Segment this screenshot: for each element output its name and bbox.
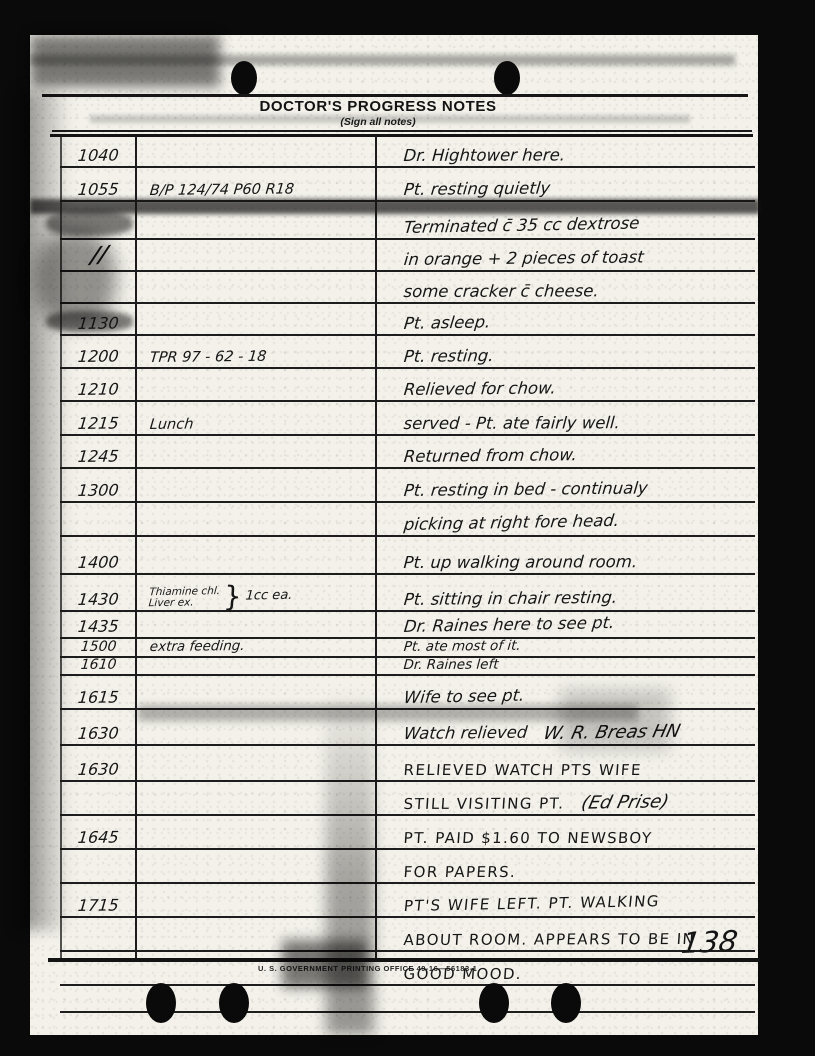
time-value: 1200 (77, 347, 120, 366)
time-value: 1210 (77, 380, 120, 399)
vitals-cell (135, 502, 389, 535)
time-value: 1300 (77, 481, 120, 500)
note-text: PT'S WIFE LEFT. PT. WALKING (403, 892, 661, 915)
notes-column-divider (375, 136, 377, 958)
note-text: picking at right fore head. (403, 511, 620, 534)
table-row: 1300Pt. resting in bed - continualy (60, 469, 755, 503)
time-value: 1615 (77, 688, 120, 707)
time-value: 1715 (77, 896, 120, 915)
table-row: 1055B/P 124/74 P60 R18Pt. resting quietl… (60, 168, 755, 202)
note-text: Returned from chow. (403, 445, 578, 466)
medication-names: Thiamine chl.Liver ex. (148, 585, 220, 608)
vitals-cell (135, 536, 389, 573)
note-cell: Returned from chow. (389, 435, 755, 467)
vitals-value: Lunch (149, 417, 194, 433)
table-row: 1400Pt. up walking around room. (60, 537, 755, 575)
time-cell: 1210 (60, 368, 135, 400)
time-cell: 1430 (60, 574, 135, 610)
time-cell (60, 781, 135, 814)
progress-notes-page: DOCTOR'S PROGRESS NOTES (Sign all notes)… (30, 35, 758, 1035)
time-value: 1430 (77, 590, 120, 609)
time-value: 1215 (77, 414, 120, 433)
vitals-value: extra feeding. (149, 638, 245, 655)
vitals-cell (135, 368, 389, 400)
scan-streak-top (30, 55, 735, 65)
dose-note: 1cc ea. (245, 588, 293, 604)
note-cell: Pt. resting. (389, 335, 755, 367)
note-text: Pt. ate most of it. (403, 638, 521, 655)
time-value: 1400 (77, 553, 120, 572)
time-value: 1245 (77, 447, 120, 466)
note-cell: Dr. Raines here to see pt. (389, 611, 755, 637)
table-row: 1130Pt. asleep. (60, 304, 755, 336)
note-cell: Dr. Hightower here. (389, 135, 755, 166)
table-row: 1615Wife to see pt. (60, 676, 755, 710)
time-value: 1055 (77, 180, 120, 199)
gpo-print-line: U. S. GOVERNMENT PRINTING OFFICE 49-16—5… (258, 964, 477, 973)
note-cell: picking at right fore head. (389, 502, 755, 535)
time-cell (60, 985, 135, 1011)
note-cell: some cracker c̄ cheese. (389, 271, 755, 302)
table-row: //in orange + 2 pieces of toast (60, 240, 755, 272)
table-row: ABOUT ROOM. APPEARS TO BE IN (60, 918, 755, 952)
note-text: Pt. resting quietly (403, 178, 551, 199)
time-cell: 1630 (60, 709, 135, 744)
table-row: picking at right fore head. (60, 503, 755, 537)
note-cell: PT'S WIFE LEFT. PT. WALKING (389, 883, 755, 916)
vitals-cell: B/P 124/74 P60 R18 (135, 167, 389, 200)
table-row: 1715PT'S WIFE LEFT. PT. WALKING (60, 884, 755, 918)
form-header: DOCTOR'S PROGRESS NOTES (Sign all notes) (30, 98, 758, 128)
table-row: 1430Thiamine chl.Liver ex.}1cc ea.Pt. si… (60, 575, 755, 612)
time-value: 1610 (80, 657, 117, 673)
vitals-cell: TPR 97 - 62 - 18 (135, 335, 389, 367)
punch-hole (146, 983, 176, 1023)
note-text: Terminated c̄ 35 cc dextrose (403, 213, 640, 237)
vitals-cell (135, 815, 389, 848)
medication-line: Liver ex. (148, 596, 220, 608)
note-text: Pt. resting in bed - continualy (403, 478, 649, 500)
vitals-cell (135, 201, 389, 238)
vitals-cell (135, 849, 389, 882)
time-cell: 1040 (60, 135, 135, 166)
page-number: 138 (679, 924, 739, 960)
note-text: Pt. resting. (403, 346, 495, 366)
note-cell: STILL VISITING PT.(Ed Prise) (389, 781, 755, 814)
vitals-cell (135, 781, 389, 814)
table-row: 1040Dr. Hightower here. (60, 136, 755, 168)
time-cell: 1630 (60, 745, 135, 780)
time-cell (60, 201, 135, 238)
vitals-cell (135, 709, 389, 744)
note-cell: served - Pt. ate fairly well. (389, 401, 755, 434)
time-cell: 1200 (60, 335, 135, 367)
note-cell: Pt. resting quietly (389, 167, 755, 200)
punch-hole (479, 983, 509, 1023)
note-cell: Watch relievedW. R. Breas HN (389, 709, 755, 744)
ditto-mark: // (89, 242, 110, 269)
note-cell: Relieved for chow. (389, 368, 755, 400)
vitals-cell (135, 271, 389, 302)
time-cell: 1715 (60, 883, 135, 916)
table-row: STILL VISITING PT.(Ed Prise) (60, 782, 755, 816)
vitals-cell (135, 917, 389, 950)
vitals-cell (135, 135, 389, 166)
brace-glyph: } (223, 583, 243, 608)
table-row: 1645PT. PAID $1.60 TO NEWSBOY (60, 816, 755, 850)
note-text: some cracker c̄ cheese. (403, 281, 599, 301)
time-cell (60, 502, 135, 535)
punch-hole (231, 61, 257, 95)
time-cell (60, 849, 135, 882)
time-cell (60, 951, 135, 984)
note-text: Relieved for chow. (403, 378, 557, 399)
time-value: 1645 (77, 828, 120, 847)
time-cell: 1610 (60, 657, 135, 674)
time-cell: 1055 (60, 167, 135, 200)
header-rule-thin (52, 130, 752, 132)
note-text: Pt. sitting in chair resting. (403, 588, 618, 609)
note-text: Dr. Raines here to see pt. (403, 613, 615, 636)
note-cell: RELIEVED WATCH PTS WIFE (389, 745, 755, 780)
note-cell: in orange + 2 pieces of toast (389, 239, 755, 270)
time-cell: 1645 (60, 815, 135, 848)
punch-hole (494, 61, 520, 95)
time-cell: // (60, 239, 135, 270)
table-row: 1500extra feeding.Pt. ate most of it. (60, 639, 755, 658)
table-row: 1630RELIEVED WATCH PTS WIFE (60, 746, 755, 782)
vitals-cell (135, 303, 389, 334)
note-text: Dr. Raines left (403, 657, 499, 673)
table-row: Terminated c̄ 35 cc dextrose (60, 202, 755, 240)
form-subtitle: (Sign all notes) (14, 116, 742, 128)
note-text: ABOUT ROOM. APPEARS TO BE IN (403, 930, 696, 949)
vitals-cell (135, 611, 389, 637)
table-row: 1200TPR 97 - 62 - 18Pt. resting. (60, 336, 755, 369)
time-column-divider (135, 136, 137, 958)
note-text: PT. PAID $1.60 TO NEWSBOY (403, 829, 653, 847)
note-text: served - Pt. ate fairly well. (403, 413, 621, 433)
punch-hole (219, 983, 249, 1023)
vitals-cell (135, 883, 389, 916)
note-cell: FOR PAPERS. (389, 849, 755, 882)
note-text: Pt. asleep. (403, 312, 491, 333)
note-cell: Dr. Raines left (389, 657, 755, 674)
table-bottom-rule (48, 958, 760, 962)
time-value: 1500 (80, 639, 117, 655)
signature: W. R. Breas HN (542, 721, 683, 744)
vitals-cell (135, 435, 389, 467)
note-cell: Wife to see pt. (389, 675, 755, 708)
vitals-cell (135, 745, 389, 780)
vitals-cell: Lunch (135, 401, 389, 434)
time-value: 1130 (77, 314, 120, 333)
scan-noise-top-left (30, 35, 220, 87)
time-cell: 1400 (60, 536, 135, 573)
note-cell: Pt. resting in bed - continualy (389, 468, 755, 501)
time-cell: 1435 (60, 611, 135, 637)
note-text: in orange + 2 pieces of toast (403, 247, 645, 269)
table-row: 1435Dr. Raines here to see pt. (60, 612, 755, 639)
time-value: 1630 (77, 724, 120, 743)
progress-notes-table: 1040Dr. Hightower here.1055B/P 124/74 P6… (60, 136, 755, 1013)
table-row: 1245Returned from chow. (60, 436, 755, 469)
vitals-cell (135, 468, 389, 501)
note-cell: Pt. ate most of it. (389, 638, 755, 656)
time-cell: 1245 (60, 435, 135, 467)
table-row: 1210Relieved for chow. (60, 369, 755, 402)
time-cell: 1615 (60, 675, 135, 708)
note-text: Wife to see pt. (403, 686, 525, 707)
vitals-cell (135, 239, 389, 270)
time-cell (60, 917, 135, 950)
scanned-document: DOCTOR'S PROGRESS NOTES (Sign all notes)… (0, 0, 815, 1056)
time-cell: 1300 (60, 468, 135, 501)
signature: (Ed Prise) (579, 791, 671, 814)
time-value: 1040 (77, 146, 120, 165)
medication-note: Thiamine chl.Liver ex.}1cc ea. (148, 583, 293, 611)
note-text: Pt. up walking around room. (403, 552, 638, 572)
vitals-cell: Thiamine chl.Liver ex.}1cc ea. (135, 574, 389, 610)
note-text: RELIEVED WATCH PTS WIFE (403, 761, 642, 779)
note-text: STILL VISITING PT. (403, 794, 565, 813)
time-cell: 1130 (60, 303, 135, 334)
form-title: DOCTOR'S PROGRESS NOTES (14, 98, 742, 115)
time-value: 1630 (77, 760, 120, 779)
table-row: FOR PAPERS. (60, 850, 755, 884)
note-cell: PT. PAID $1.60 TO NEWSBOY (389, 815, 755, 848)
table-row: 1630Watch relievedW. R. Breas HN (60, 710, 755, 746)
time-cell (60, 271, 135, 302)
note-text: Dr. Hightower here. (403, 145, 566, 165)
note-cell: Terminated c̄ 35 cc dextrose (389, 201, 755, 238)
table-row: 1610Dr. Raines left (60, 658, 755, 676)
vitals-value: B/P 124/74 P60 R18 (149, 181, 295, 199)
time-value: 1435 (77, 617, 120, 636)
vitals-cell: extra feeding. (135, 638, 389, 656)
vitals-cell (135, 657, 389, 674)
vitals-cell (135, 675, 389, 708)
table-row: some cracker c̄ cheese. (60, 272, 755, 304)
vitals-value: TPR 97 - 62 - 18 (149, 349, 267, 366)
punch-hole (551, 983, 581, 1023)
note-text: FOR PAPERS. (403, 863, 517, 881)
time-cell: 1500 (60, 638, 135, 656)
note-cell: Pt. sitting in chair resting. (389, 574, 755, 610)
note-cell: Pt. asleep. (389, 303, 755, 334)
table-row: 1215Lunchserved - Pt. ate fairly well. (60, 402, 755, 436)
time-cell: 1215 (60, 401, 135, 434)
table-left-border (60, 136, 62, 958)
note-cell: Pt. up walking around room. (389, 536, 755, 573)
header-top-rule (42, 94, 748, 97)
note-text: Watch relieved (403, 723, 528, 743)
